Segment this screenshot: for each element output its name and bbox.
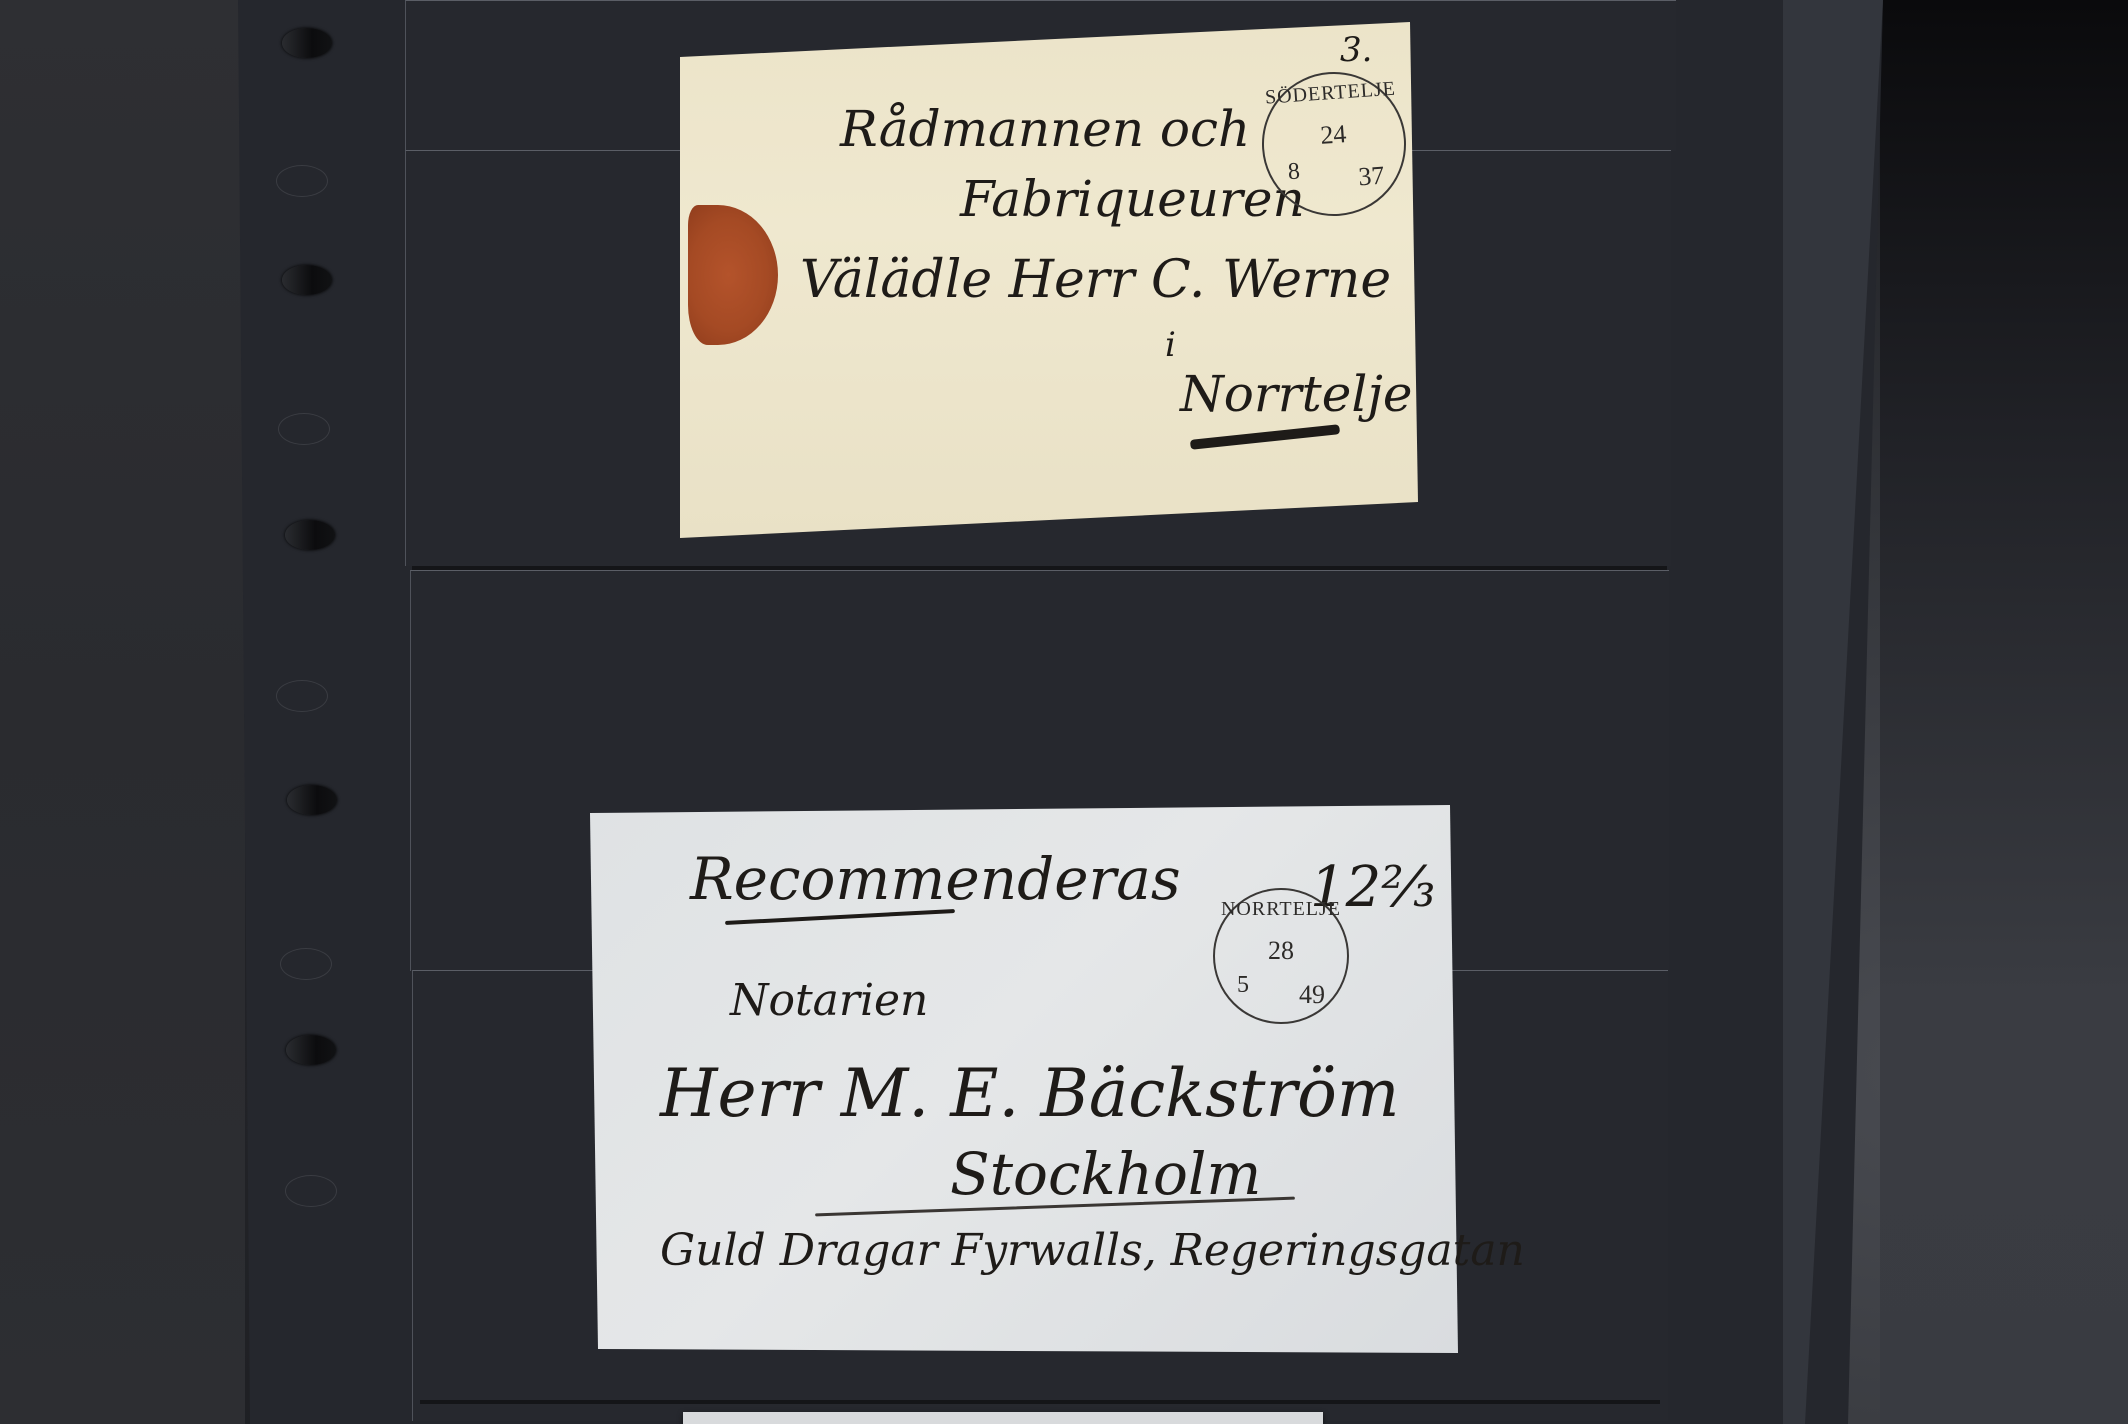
address-line-1: Rådmannen och: [840, 100, 1250, 158]
punch-hole: [276, 165, 328, 197]
postmark-month: 8: [1287, 158, 1301, 186]
pocket-divider-bottom: [420, 1400, 1660, 1404]
docket-number: 3.: [1340, 30, 1372, 70]
cover-partial-bottom[interactable]: [683, 1412, 1323, 1424]
address-line-1: Notarien: [730, 975, 928, 1026]
postmark-norrtelje: NORRTELJE 28 5 49: [1213, 888, 1349, 1024]
postmark-year: 37: [1357, 161, 1385, 193]
punch-hole: [282, 28, 332, 58]
address-line-4: Guld Dragar Fyrwalls, Regeringsgatan: [660, 1225, 1525, 1276]
address-line-5: Norrtelje: [1180, 365, 1412, 423]
table-surface-right: [1880, 0, 2128, 1424]
punch-hole: [287, 785, 337, 815]
punch-hole: [285, 1175, 337, 1207]
address-line-4: i: [1165, 325, 1176, 365]
postmark-month: 5: [1237, 972, 1249, 999]
postmark-year: 49: [1299, 980, 1325, 1010]
postmark-day: 24: [1262, 115, 1404, 155]
postmark-day: 28: [1215, 936, 1347, 966]
address-line-3: Välädle Herr C. Werne: [800, 250, 1391, 310]
punch-hole: [280, 948, 332, 980]
punch-hole: [285, 520, 335, 550]
punch-hole: [276, 680, 328, 712]
punch-hole: [278, 413, 330, 445]
address-line-2: Herr M. E. Bäckström: [660, 1055, 1399, 1132]
postmark-town: NORRTELJE: [1215, 898, 1347, 921]
table-surface-left: [0, 0, 245, 1424]
punch-hole: [282, 265, 332, 295]
address-line-2: Fabriqueuren: [960, 170, 1305, 228]
punch-hole: [286, 1035, 336, 1065]
address-line-3: Stockholm: [950, 1140, 1261, 1208]
registered-marking: Recommenderas: [690, 845, 1181, 913]
